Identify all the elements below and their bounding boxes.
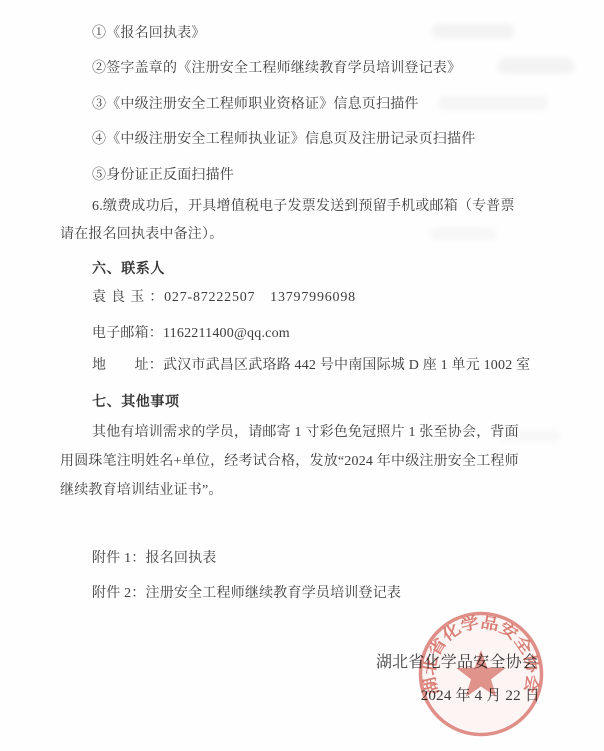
other-paragraph-line-1: 其他有培训需求的学员，请邮寄 1 寸彩色免冠照片 1 张至协会，背面 (92, 423, 519, 442)
attachment-1: 附件 1：报名回执表 (92, 549, 217, 568)
list-item-4: ④《中级注册安全工程师执业证》信息页及注册记录页扫描件 (92, 130, 475, 149)
attachment-2: 附件 2：注册安全工程师继续教育学员培训登记表 (92, 584, 401, 603)
fee-paragraph-line-2: 请在报名回执表中备注）。 (60, 225, 223, 244)
list-item-1: ①《报名回执表》 (92, 24, 206, 43)
other-paragraph-line-2: 用圆珠笔注明姓名+单位，经考试合格，发放“2024 年中级注册安全工程师 (60, 452, 519, 471)
list-item-5: ⑤身份证正反面扫描件 (92, 166, 234, 185)
list-item-3: ③《中级注册安全工程师职业资格证》信息页扫描件 (92, 95, 419, 114)
contact-name-phone-line: 袁 良 玉 ：027-87222507 13797996098 (92, 288, 356, 307)
contact-email-line: 电子邮箱：1162211400@qq.com (92, 324, 290, 343)
official-seal-stamp: 湖北省化学品安全协会 (405, 598, 565, 751)
section-heading-other: 七、其他事项 (92, 393, 180, 412)
scan-artifact (498, 58, 574, 74)
section-heading-contact: 六、联系人 (92, 260, 165, 279)
scan-artifact (430, 228, 496, 240)
scan-artifact (438, 96, 548, 110)
scan-artifact (432, 24, 514, 38)
contact-address-line: 地 址：武汉市武昌区武珞路 442 号中南国际城 D 座 1 单元 1002 室 (92, 356, 530, 375)
document-page: ①《报名回执表》 ②签字盖章的《注册安全工程师继续教育学员培训登记表》 ③《中级… (0, 0, 604, 751)
fee-paragraph-line-1: 6.缴费成功后，开具增值税电子发票发送到预留手机或邮箱（专普票 (92, 197, 515, 216)
list-item-2: ②签字盖章的《注册安全工程师继续教育学员培训登记表》 (92, 59, 461, 78)
other-paragraph-line-3: 继续教育培训结业证书”。 (60, 481, 223, 500)
